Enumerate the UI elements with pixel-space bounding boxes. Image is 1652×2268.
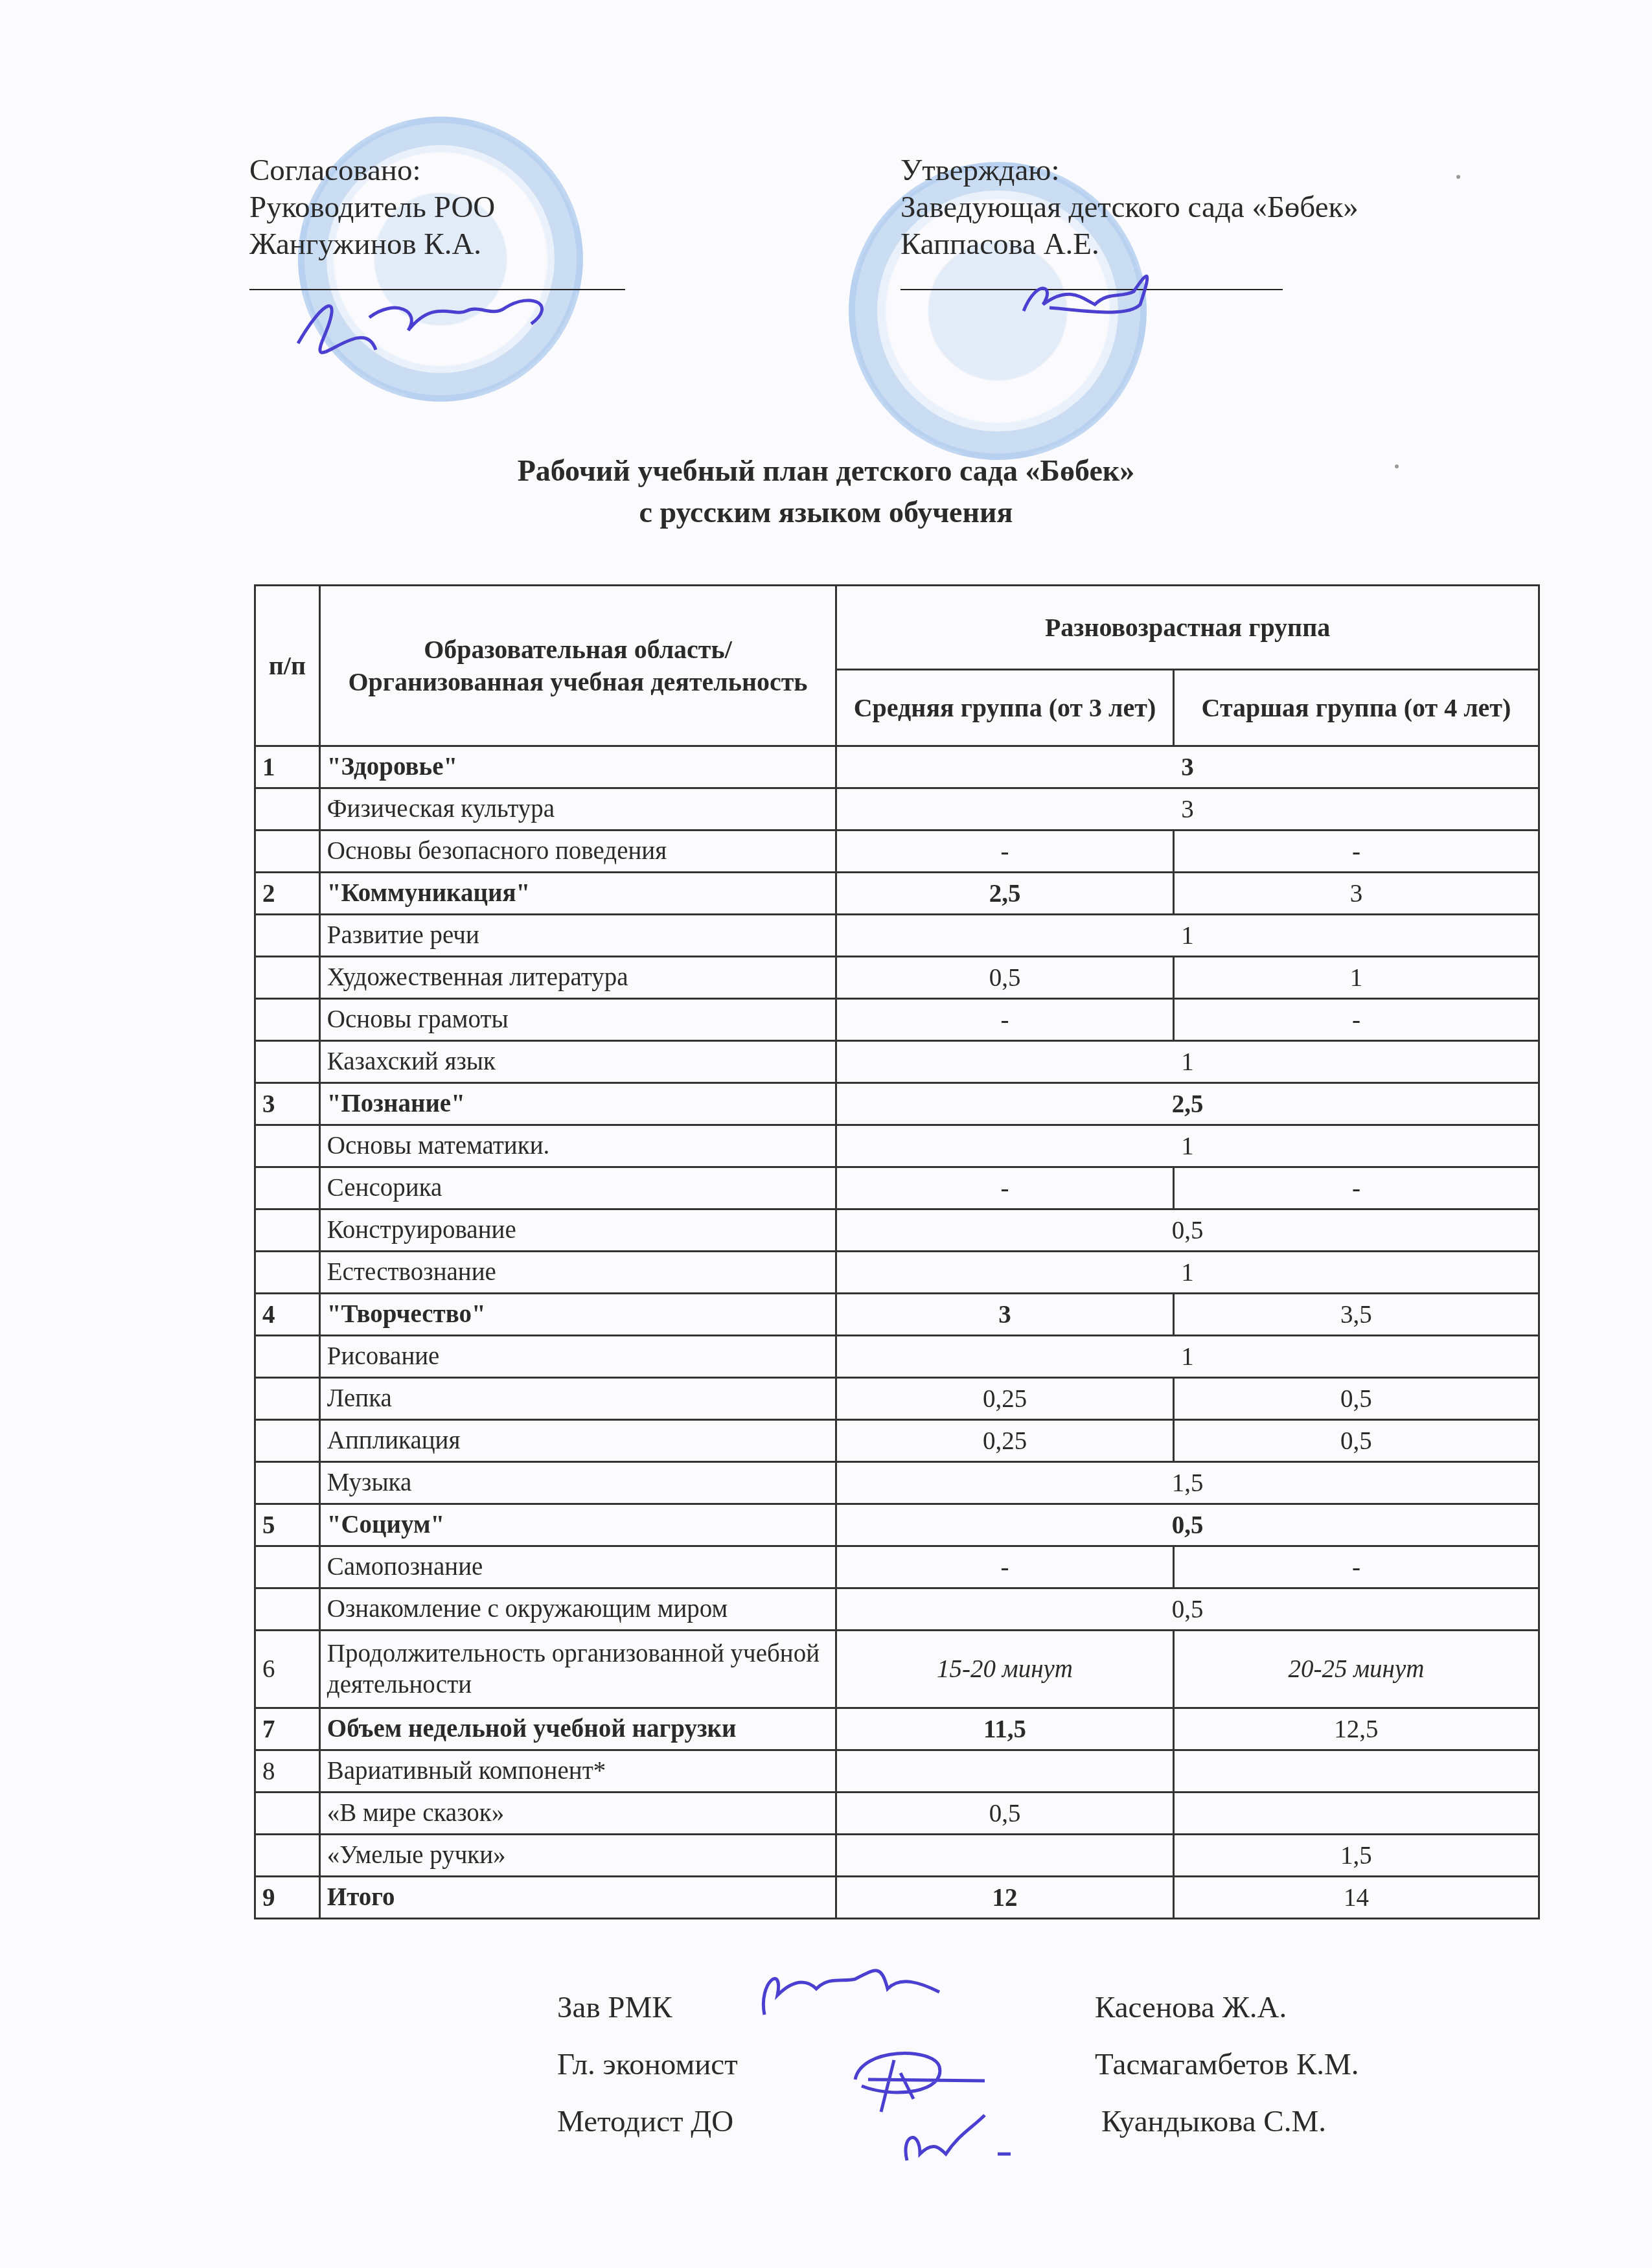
row-value-both-groups: 3 — [836, 746, 1539, 788]
header-senior-group: Старшая группа (от 4 лет) — [1173, 670, 1539, 746]
table-row: Естествознание1 — [255, 1252, 1539, 1294]
row-area-name: "Познание" — [319, 1083, 836, 1125]
document-title: Рабочий учебный план детского сада «Бөбе… — [0, 450, 1652, 533]
row-value-senior-group: - — [1173, 999, 1539, 1041]
row-value-middle-group: 0,25 — [836, 1378, 1174, 1420]
row-value-both-groups: 1 — [836, 1125, 1539, 1167]
table-row: Сенсорика-- — [255, 1167, 1539, 1209]
table-row: Рисование1 — [255, 1336, 1539, 1378]
approval-heading: Согласовано: — [249, 152, 625, 189]
row-number — [255, 1835, 320, 1877]
row-area-name: Конструирование — [319, 1209, 836, 1252]
row-value-middle-group: - — [836, 999, 1174, 1041]
row-value-both-groups: 3 — [836, 788, 1539, 830]
row-area-name: Ознакомление с окружающим миром — [319, 1588, 836, 1631]
signature-icon — [842, 2041, 998, 2118]
row-value-middle-group — [836, 1750, 1174, 1793]
table-row: Казахский язык1 — [255, 1041, 1539, 1083]
row-value-both-groups: 0,5 — [836, 1504, 1539, 1546]
row-value-middle-group: - — [836, 1167, 1174, 1209]
row-number — [255, 1041, 320, 1083]
row-value-both-groups: 0,5 — [836, 1588, 1539, 1631]
title-line-1: Рабочий учебный план детского сада «Бөбе… — [0, 450, 1652, 492]
table-row: Развитие речи1 — [255, 915, 1539, 957]
row-value-senior-group: 1 — [1173, 957, 1539, 999]
row-number: 3 — [255, 1083, 320, 1125]
row-number — [255, 1167, 320, 1209]
table-row: Основы грамоты-- — [255, 999, 1539, 1041]
row-value-both-groups: 2,5 — [836, 1083, 1539, 1125]
table-row: Основы безопасного поведения-- — [255, 830, 1539, 873]
table-row: 9Итого1214 — [255, 1877, 1539, 1919]
approval-name: Жангужинов К.А. — [249, 226, 625, 263]
approval-block-agreed: Согласовано: Руководитель РОО Жангужинов… — [249, 152, 625, 290]
row-number — [255, 788, 320, 830]
row-area-name: "Социум" — [319, 1504, 836, 1546]
row-number: 7 — [255, 1708, 320, 1750]
approval-position: Руководитель РОО — [249, 189, 625, 226]
header-group: Разновозрастная группа — [836, 586, 1539, 670]
row-value-both-groups: 1 — [836, 1252, 1539, 1294]
scan-speck — [1456, 175, 1460, 179]
row-area-name: «Умелые ручки» — [319, 1835, 836, 1877]
table-row: 8Вариативный компонент* — [255, 1750, 1539, 1793]
row-value-senior-group: 20-25 минут — [1173, 1631, 1539, 1708]
row-value-senior-group: 3,5 — [1173, 1294, 1539, 1336]
table-row: Физическая культура3 — [255, 788, 1539, 830]
row-value-senior-group: 0,5 — [1173, 1420, 1539, 1462]
table-row: 7Объем недельной учебной нагрузки11,512,… — [255, 1708, 1539, 1750]
footer-name: Тасмагамбетов К.М. — [1095, 2047, 1359, 2082]
row-value-senior-group: 3 — [1173, 873, 1539, 915]
table-row: 6Продолжительность организованной учебно… — [255, 1631, 1539, 1708]
row-area-name: Основы грамоты — [319, 999, 836, 1041]
row-value-middle-group: 15-20 минут — [836, 1631, 1174, 1708]
row-number — [255, 830, 320, 873]
footer-role: Гл. экономист — [557, 2047, 1095, 2082]
row-value-senior-group — [1173, 1793, 1539, 1835]
row-number — [255, 957, 320, 999]
table-row: 1"Здоровье"3 — [255, 746, 1539, 788]
row-value-middle-group — [836, 1835, 1174, 1877]
row-value-both-groups: 1 — [836, 1336, 1539, 1378]
table-row: Самопознание-- — [255, 1546, 1539, 1588]
row-value-senior-group: 0,5 — [1173, 1378, 1539, 1420]
row-value-both-groups: 1 — [836, 915, 1539, 957]
row-area-name: "Здоровье" — [319, 746, 836, 788]
row-area-name: Рисование — [319, 1336, 836, 1378]
row-area-name: Основы безопасного поведения — [319, 830, 836, 873]
row-area-name: Итого — [319, 1877, 836, 1919]
row-number: 5 — [255, 1504, 320, 1546]
table-row: Конструирование0,5 — [255, 1209, 1539, 1252]
header-area: Образовательная область/ Организованная … — [319, 586, 836, 746]
row-value-middle-group: 0,5 — [836, 957, 1174, 999]
table-body: 1"Здоровье"3Физическая культура3Основы б… — [255, 746, 1539, 1919]
approval-position: Заведующая детского сада «Бөбек» — [901, 189, 1359, 226]
row-number — [255, 1793, 320, 1835]
row-area-name: Сенсорика — [319, 1167, 836, 1209]
row-value-middle-group: 2,5 — [836, 873, 1174, 915]
row-number: 4 — [255, 1294, 320, 1336]
table-row: Лепка0,250,5 — [255, 1378, 1539, 1420]
table-row: «Умелые ручки»1,5 — [255, 1835, 1539, 1877]
approval-heading: Утверждаю: — [901, 152, 1359, 189]
row-value-senior-group — [1173, 1750, 1539, 1793]
row-number — [255, 1588, 320, 1631]
row-number — [255, 999, 320, 1041]
row-number: 8 — [255, 1750, 320, 1793]
footer-name: Касенова Ж.А. — [1095, 1990, 1287, 2025]
row-area-name: Продолжительность организованной учебной… — [319, 1631, 836, 1708]
table-row: Ознакомление с окружающим миром0,5 — [255, 1588, 1539, 1631]
row-area-name: Физическая культура — [319, 788, 836, 830]
table-row: «В мире сказок»0,5 — [255, 1793, 1539, 1835]
table-row: Аппликация0,250,5 — [255, 1420, 1539, 1462]
table-row: 3"Познание"2,5 — [255, 1083, 1539, 1125]
row-area-name: «В мире сказок» — [319, 1793, 836, 1835]
row-area-name: Казахский язык — [319, 1041, 836, 1083]
row-number — [255, 1546, 320, 1588]
row-area-name: "Творчество" — [319, 1294, 836, 1336]
row-value-senior-group: 12,5 — [1173, 1708, 1539, 1750]
row-area-name: Развитие речи — [319, 915, 836, 957]
signature-icon — [1011, 259, 1179, 324]
row-area-name: Художественная литература — [319, 957, 836, 999]
row-area-name: "Коммуникация" — [319, 873, 836, 915]
row-value-middle-group: 0,5 — [836, 1793, 1174, 1835]
row-value-middle-group: 11,5 — [836, 1708, 1174, 1750]
table-row: 2"Коммуникация"2,53 — [255, 873, 1539, 915]
row-area-name: Объем недельной учебной нагрузки — [319, 1708, 836, 1750]
table-row: 5"Социум"0,5 — [255, 1504, 1539, 1546]
row-area-name: Естествознание — [319, 1252, 836, 1294]
row-value-senior-group: 14 — [1173, 1877, 1539, 1919]
row-number — [255, 1336, 320, 1378]
footer-name: Куандыкова С.М. — [1095, 2104, 1326, 2139]
row-value-middle-group: - — [836, 830, 1174, 873]
row-area-name: Вариативный компонент* — [319, 1750, 836, 1793]
table-row: Музыка1,5 — [255, 1462, 1539, 1504]
signature-icon — [745, 1956, 978, 2028]
signature-icon — [285, 272, 596, 369]
row-number — [255, 915, 320, 957]
row-number: 6 — [255, 1631, 320, 1708]
row-value-middle-group: - — [836, 1546, 1174, 1588]
table-row: 4"Творчество"33,5 — [255, 1294, 1539, 1336]
signature-icon — [894, 2109, 1024, 2173]
table-row: Художественная литература0,51 — [255, 957, 1539, 999]
row-value-both-groups: 1,5 — [836, 1462, 1539, 1504]
row-value-senior-group: 1,5 — [1173, 1835, 1539, 1877]
row-number: 2 — [255, 873, 320, 915]
header-num: п/п — [255, 586, 320, 746]
row-number — [255, 1125, 320, 1167]
row-value-senior-group: - — [1173, 830, 1539, 873]
row-value-middle-group: 12 — [836, 1877, 1174, 1919]
row-number — [255, 1462, 320, 1504]
row-value-both-groups: 1 — [836, 1041, 1539, 1083]
row-value-senior-group: - — [1173, 1167, 1539, 1209]
title-line-2: с русским языком обучения — [0, 492, 1652, 533]
approval-name: Каппасова А.Е. — [901, 226, 1359, 263]
row-value-both-groups: 0,5 — [836, 1209, 1539, 1252]
row-number — [255, 1378, 320, 1420]
row-area-name: Основы математики. — [319, 1125, 836, 1167]
row-value-middle-group: 3 — [836, 1294, 1174, 1336]
row-number — [255, 1209, 320, 1252]
row-value-middle-group: 0,25 — [836, 1420, 1174, 1462]
row-area-name: Лепка — [319, 1378, 836, 1420]
table-row: Основы математики.1 — [255, 1125, 1539, 1167]
header-middle-group: Средняя группа (от 3 лет) — [836, 670, 1174, 746]
row-area-name: Музыка — [319, 1462, 836, 1504]
row-area-name: Самопознание — [319, 1546, 836, 1588]
row-number — [255, 1420, 320, 1462]
row-number — [255, 1252, 320, 1294]
row-number: 1 — [255, 746, 320, 788]
row-number: 9 — [255, 1877, 320, 1919]
row-area-name: Аппликация — [319, 1420, 836, 1462]
curriculum-table: п/п Образовательная область/ Организован… — [254, 584, 1540, 1919]
row-value-senior-group: - — [1173, 1546, 1539, 1588]
